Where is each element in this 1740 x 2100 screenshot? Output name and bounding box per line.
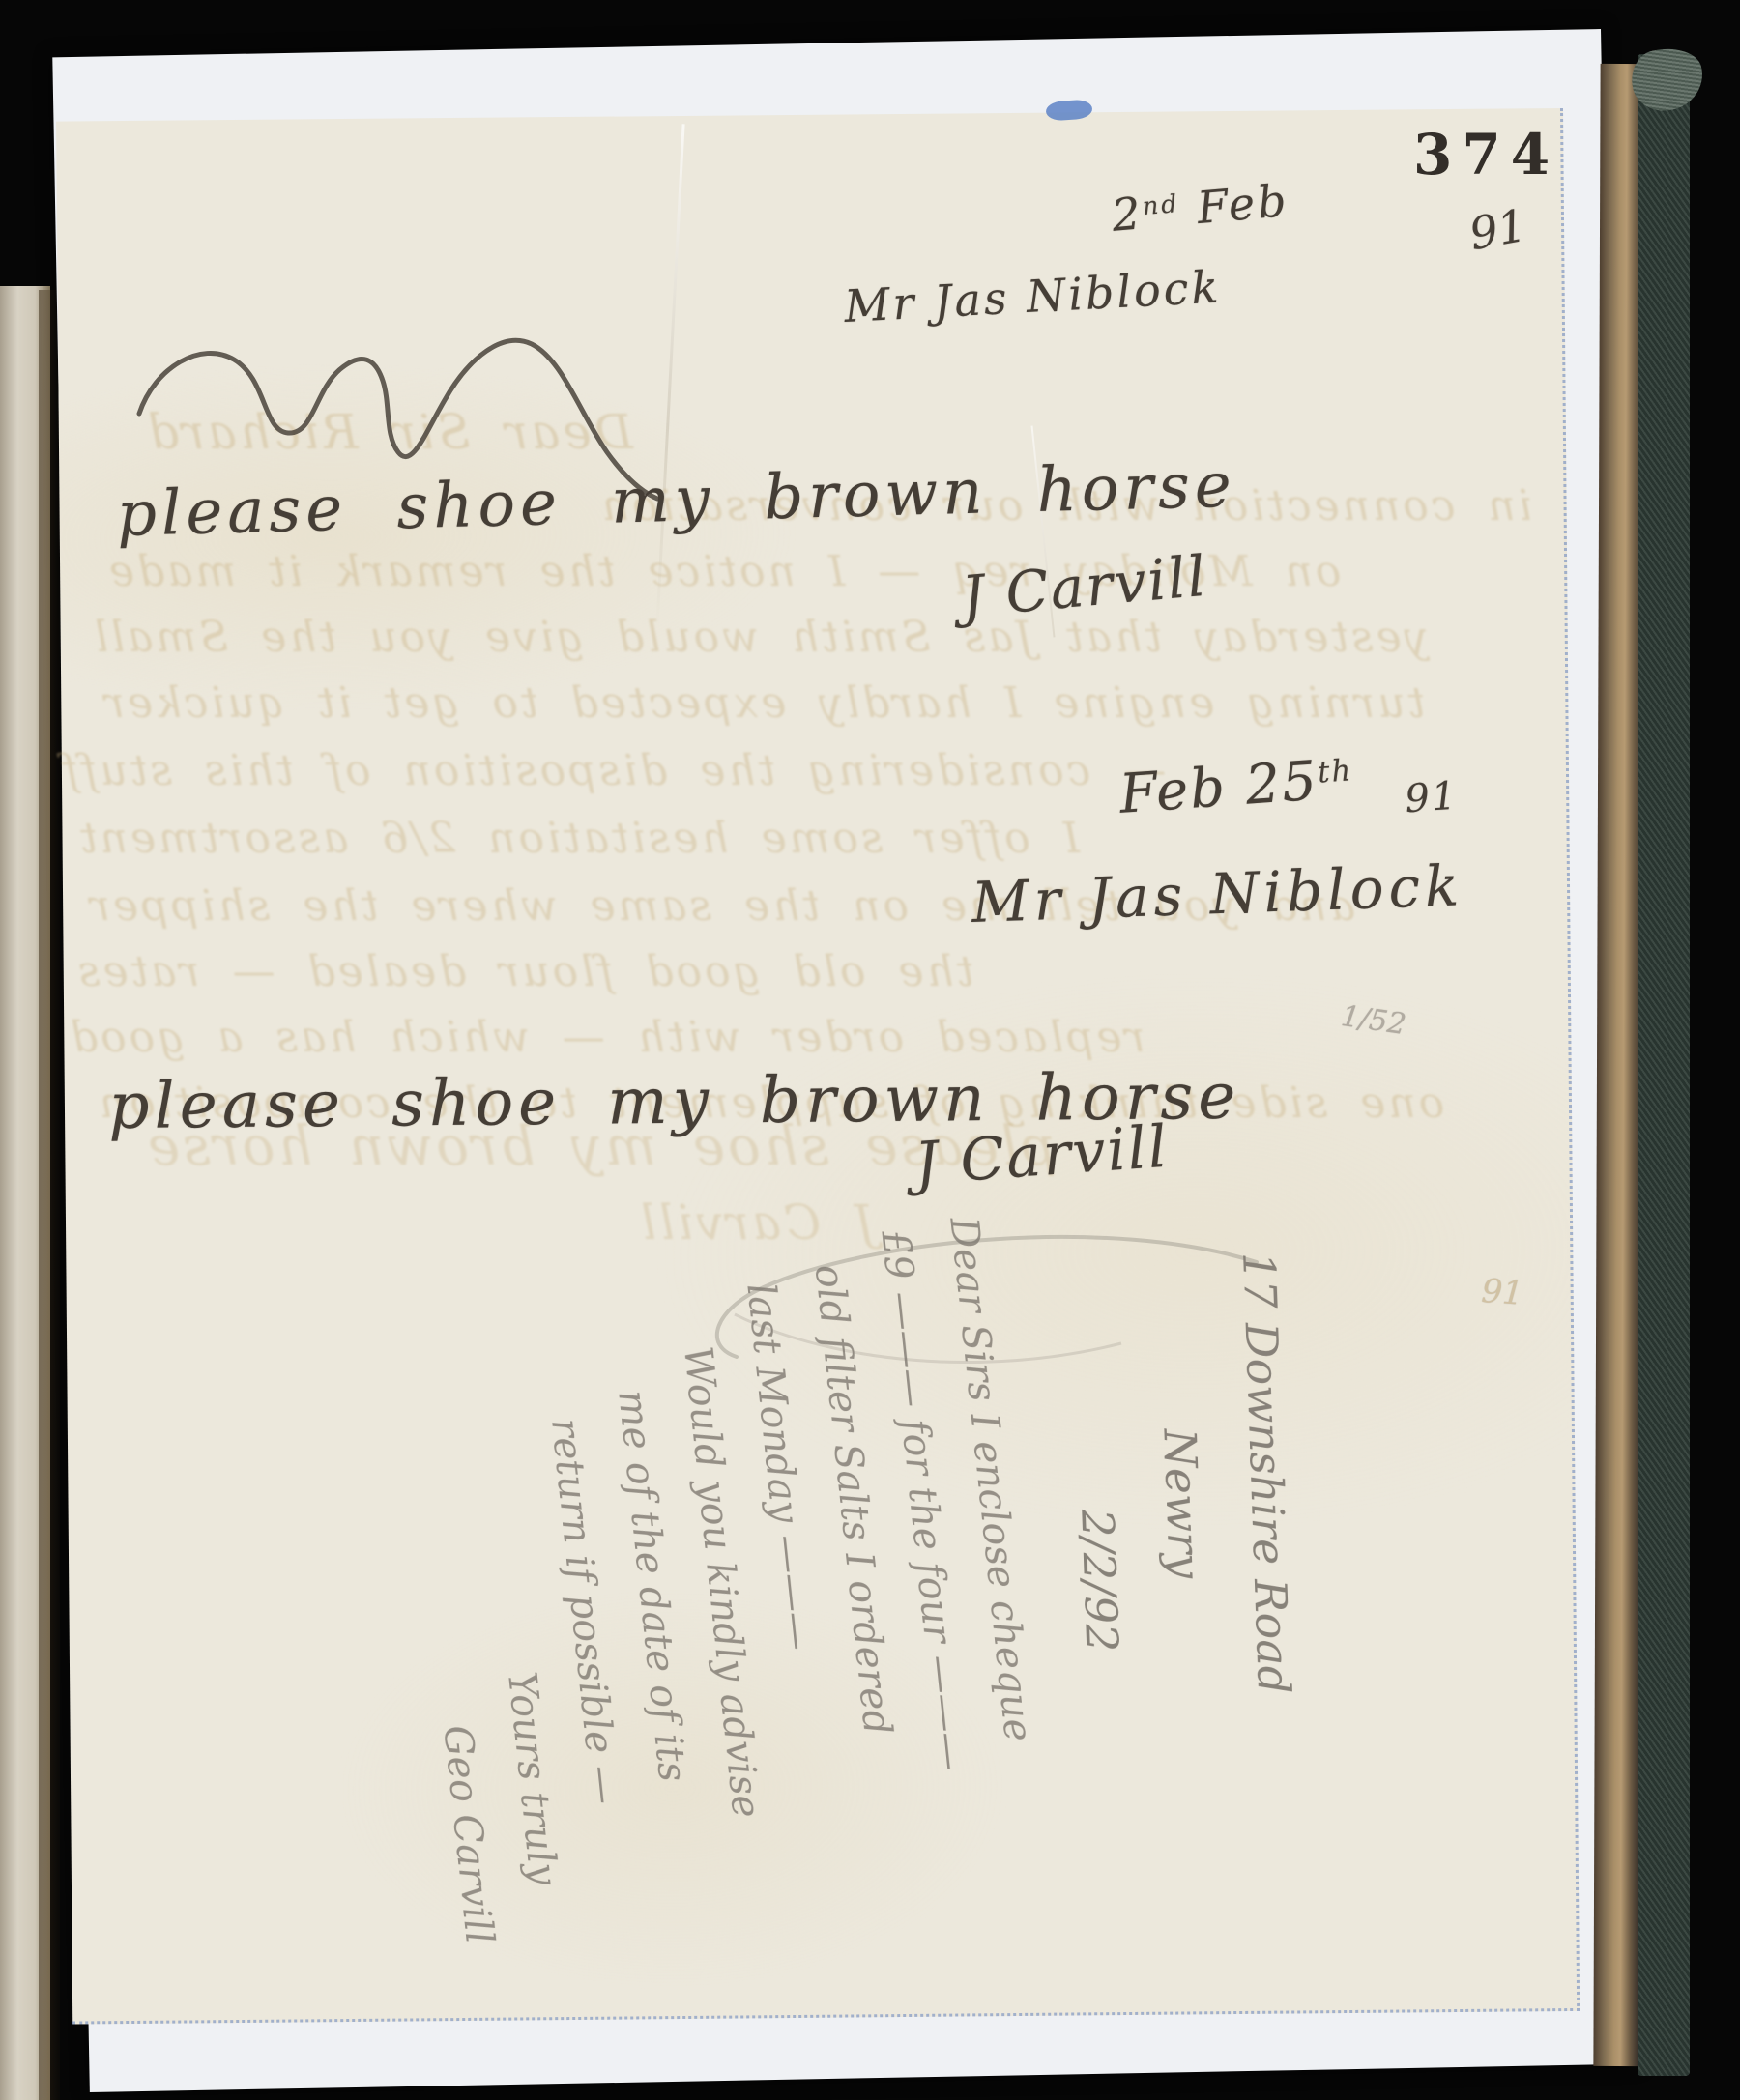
- book-cover-cloth: [1638, 54, 1690, 2076]
- bleedthrough-line: replaced order with — which has a good: [68, 1013, 1145, 1062]
- entry1-date-month: Feb: [1195, 174, 1290, 234]
- sideways-pencil-letter: Dear Sirs I enclose cheque £9 ——— for th…: [375, 1214, 1076, 2020]
- letter-book-scan: Dear Sir Richard in connection with our …: [0, 0, 1740, 2100]
- bleedthrough-line: I offer some hesitation 2/6 assortment: [77, 814, 1080, 863]
- entry2-date-year: 91: [1404, 774, 1460, 822]
- sideways-address-block: 17 Downshire Road Newry 2/2/92: [1046, 1251, 1324, 1928]
- entry1-date-day: 2: [1110, 187, 1145, 242]
- bleedthrough-line: — considering the disposition of this st…: [60, 746, 1166, 795]
- handwritten-year-mark: 91: [1465, 199, 1530, 260]
- bleedthrough-line: turning engine I hardly expected to get …: [101, 678, 1425, 728]
- entry2-date-month: Feb: [1117, 756, 1229, 826]
- gutter-shadow: [39, 290, 60, 2100]
- bleedthrough-line: yesterday that Jas Smith would give you …: [92, 613, 1429, 662]
- entry2-date-ordinal: th: [1317, 753, 1354, 790]
- entry1-date-ordinal: nd: [1142, 189, 1181, 220]
- bleedthrough-line: the old good flour dealed — rates: [75, 947, 974, 996]
- printed-page-number: 374: [1413, 122, 1559, 187]
- margin-sepia-year: 91: [1480, 1272, 1524, 1313]
- entry2-date-day: 25: [1243, 750, 1320, 818]
